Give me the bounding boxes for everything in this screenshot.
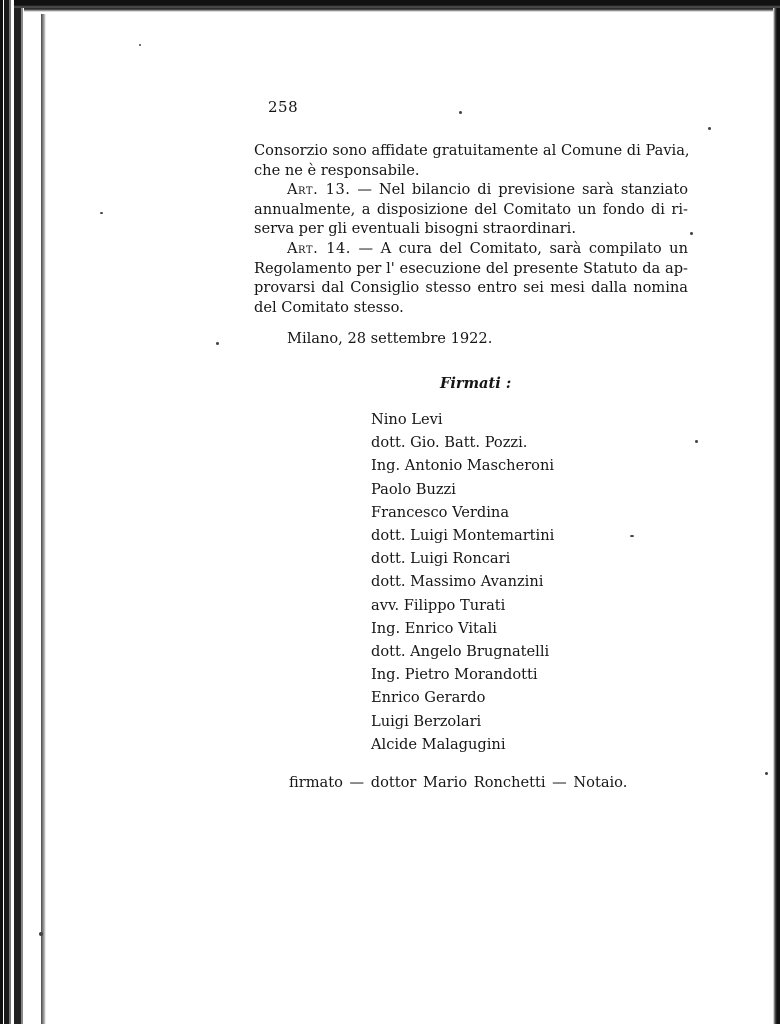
article-label: Art. 13. — [287, 181, 350, 198]
signatory: Luigi Berzolari — [371, 710, 554, 733]
signatory: dott. Luigi Roncari — [371, 547, 554, 570]
scan-top-border — [0, 0, 780, 12]
place-date: Milano, 28 settembre 1922. — [287, 330, 492, 347]
signatory: Francesco Verdina — [371, 501, 554, 524]
page-number: 258 — [268, 98, 298, 116]
text-line: Art. 13. — Nel bilancio di previsione sa… — [254, 180, 688, 200]
paragraph-art-14: Art. 14. — A cura del Comitato, sarà com… — [254, 239, 688, 317]
text-line: annualmente, a disposizione del Comitato… — [254, 200, 688, 220]
scan-right-border — [773, 8, 780, 1024]
text-line: Art. 14. — A cura del Comitato, sarà com… — [254, 239, 688, 259]
scan-speck — [100, 212, 103, 214]
signatory: dott. Angelo Brugnatelli — [371, 640, 554, 663]
scan-binding-edge — [0, 0, 14, 1024]
scan-speck — [39, 932, 43, 936]
article-label: Art. 14. — [287, 240, 351, 257]
signatory: dott. Gio. Batt. Pozzi. — [371, 431, 554, 454]
signatory: dott. Massimo Avanzini — [371, 570, 554, 593]
paragraph-art-13: Art. 13. — Nel bilancio di previsione sa… — [254, 180, 688, 239]
signatory: Ing. Enrico Vitali — [371, 617, 554, 640]
scan-speck — [765, 772, 768, 775]
text-line: serva per gli eventuali bisogni straordi… — [254, 219, 688, 239]
signatory: Paolo Buzzi — [371, 478, 554, 501]
text-line: provarsi dal Consiglio stesso entro sei … — [254, 278, 688, 298]
scan-left-rule — [41, 14, 46, 1024]
signatory: Alcide Malagugini — [371, 733, 554, 756]
scan-speck — [459, 111, 462, 114]
paragraph-consorzio: Consorzio sono affidate gratuitamente al… — [254, 141, 688, 180]
text-line: Consorzio sono affidate gratuitamente al… — [254, 141, 688, 161]
signatory: avv. Filippo Turati — [371, 594, 554, 617]
scan-speck — [630, 535, 634, 537]
signatory: Ing. Pietro Morandotti — [371, 663, 554, 686]
signatories-list: Nino Levi dott. Gio. Batt. Pozzi. Ing. A… — [371, 408, 554, 756]
scan-speck — [139, 44, 141, 46]
scan-speck — [708, 127, 711, 130]
text-line: che ne è responsabile. — [254, 161, 688, 181]
signatures-heading: Firmati : — [440, 375, 511, 392]
scan-speck — [216, 342, 219, 345]
notary-line: firmato — dottor Mario Ronchetti — Notai… — [289, 774, 627, 791]
scan-speck — [695, 440, 698, 443]
scan-left-shadow — [14, 8, 24, 1024]
scan-speck — [690, 232, 693, 235]
signatory: Nino Levi — [371, 408, 554, 431]
signatory: Ing. Antonio Mascheroni — [371, 454, 554, 477]
signatory: Enrico Gerardo — [371, 686, 554, 709]
text-line: del Comitato stesso. — [254, 298, 688, 318]
text-line: Regolamento per l' esecuzione del presen… — [254, 259, 688, 279]
signatory: dott. Luigi Montemartini — [371, 524, 554, 547]
